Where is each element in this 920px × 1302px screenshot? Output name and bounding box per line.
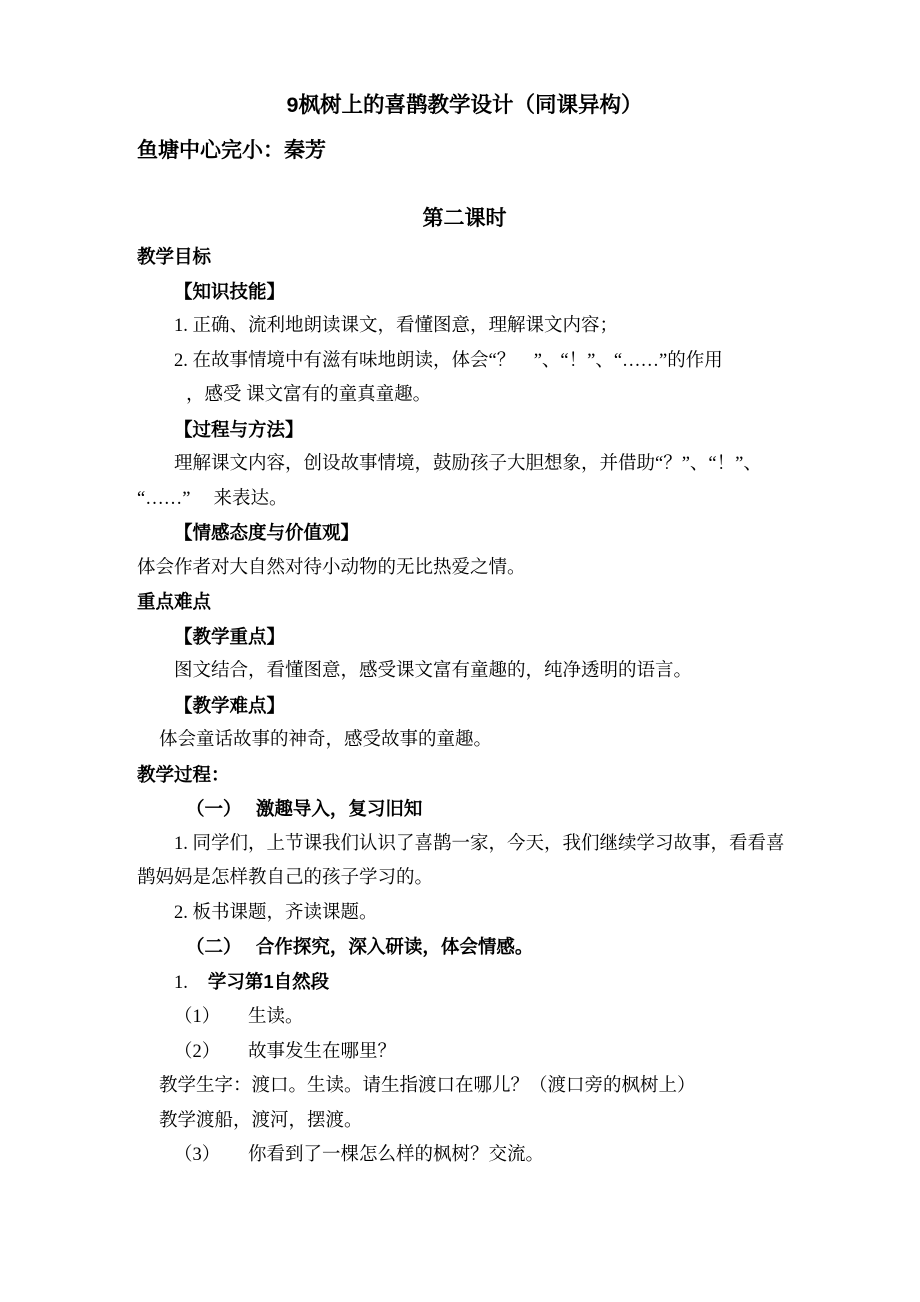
- teach-words-line: 教学渡船，渡河，摆渡。: [137, 1104, 792, 1139]
- objectives-heading: 教学目标: [137, 240, 792, 275]
- key-difficult-points-heading: 重点难点: [137, 585, 792, 620]
- process-method-line-2: “……” 来表达。: [137, 482, 792, 517]
- teaching-process-heading: 教学过程：: [137, 758, 792, 793]
- teaching-difficulty-line: 体会童话故事的神奇，感受故事的童趣。: [137, 723, 792, 758]
- document-title: 9枫树上的喜鹊教学设计（同课异构）: [137, 88, 792, 122]
- emotion-attitude-line: 体会作者对大自然对待小动物的无比热爱之情。: [137, 551, 792, 586]
- step-1-number: 1.: [174, 973, 188, 993]
- part-one-item-1-line-1: 1. 同学们，上节课我们认识了喜鹊一家，今天，我们继续学习故事，看看喜: [137, 827, 792, 862]
- part-one-item-1-line-2: 鹊妈妈是怎样教自己的孩子学习的。: [137, 861, 792, 896]
- step-1-title: 学习第1自然段: [208, 971, 329, 992]
- session-heading: 第二课时: [137, 202, 792, 236]
- knowledge-item-2-line-1: 2. 在故事情境中有滋有味地朗读，体会“？ ”、“！”、“……”的作用: [137, 344, 792, 379]
- process-method-heading: 【过程与方法】: [137, 413, 792, 448]
- part-two-heading: （二） 合作探究，深入研读，体会情感。: [137, 930, 792, 965]
- part-one-item-2: 2. 板书课题，齐读课题。: [137, 896, 792, 931]
- teach-new-word-line: 教学生字：渡口。生读。请生指渡口在哪儿？（渡口旁的枫树上）: [137, 1069, 792, 1104]
- teaching-focus-line: 图文结合，看懂图意，感受课文富有童趣的，纯净透明的语言。: [137, 654, 792, 689]
- part-two-sub-item-3: （3） 你看到了一棵怎么样的枫树？交流。: [137, 1138, 792, 1173]
- part-one-heading: （一） 激趣导入，复习旧知: [137, 792, 792, 827]
- knowledge-item-2-line-2: ，感受 课文富有的童真童趣。: [137, 378, 792, 413]
- document-page: 9枫树上的喜鹊教学设计（同课异构） 鱼塘中心完小：秦芳 第二课时 教学目标 【知…: [0, 0, 920, 1302]
- knowledge-skills-heading: 【知识技能】: [137, 275, 792, 310]
- school-author-line: 鱼塘中心完小：秦芳: [137, 134, 792, 168]
- process-method-line-1: 理解课文内容，创设故事情境，鼓励孩子大胆想象，并借助“？”、“！”、: [137, 447, 792, 482]
- teaching-focus-heading: 【教学重点】: [137, 620, 792, 655]
- knowledge-item-1: 1. 正确、流利地朗读课文，看懂图意，理解课文内容；: [137, 309, 792, 344]
- part-two-sub-item-2: （2） 故事发生在哪里？: [137, 1035, 792, 1070]
- emotion-attitude-heading: 【情感态度与价值观】: [137, 516, 792, 551]
- teaching-difficulty-heading: 【教学难点】: [137, 689, 792, 724]
- part-two-sub-item-1: （1） 生读。: [137, 1000, 792, 1035]
- part-two-step-1: 1.学习第1自然段: [137, 965, 792, 1001]
